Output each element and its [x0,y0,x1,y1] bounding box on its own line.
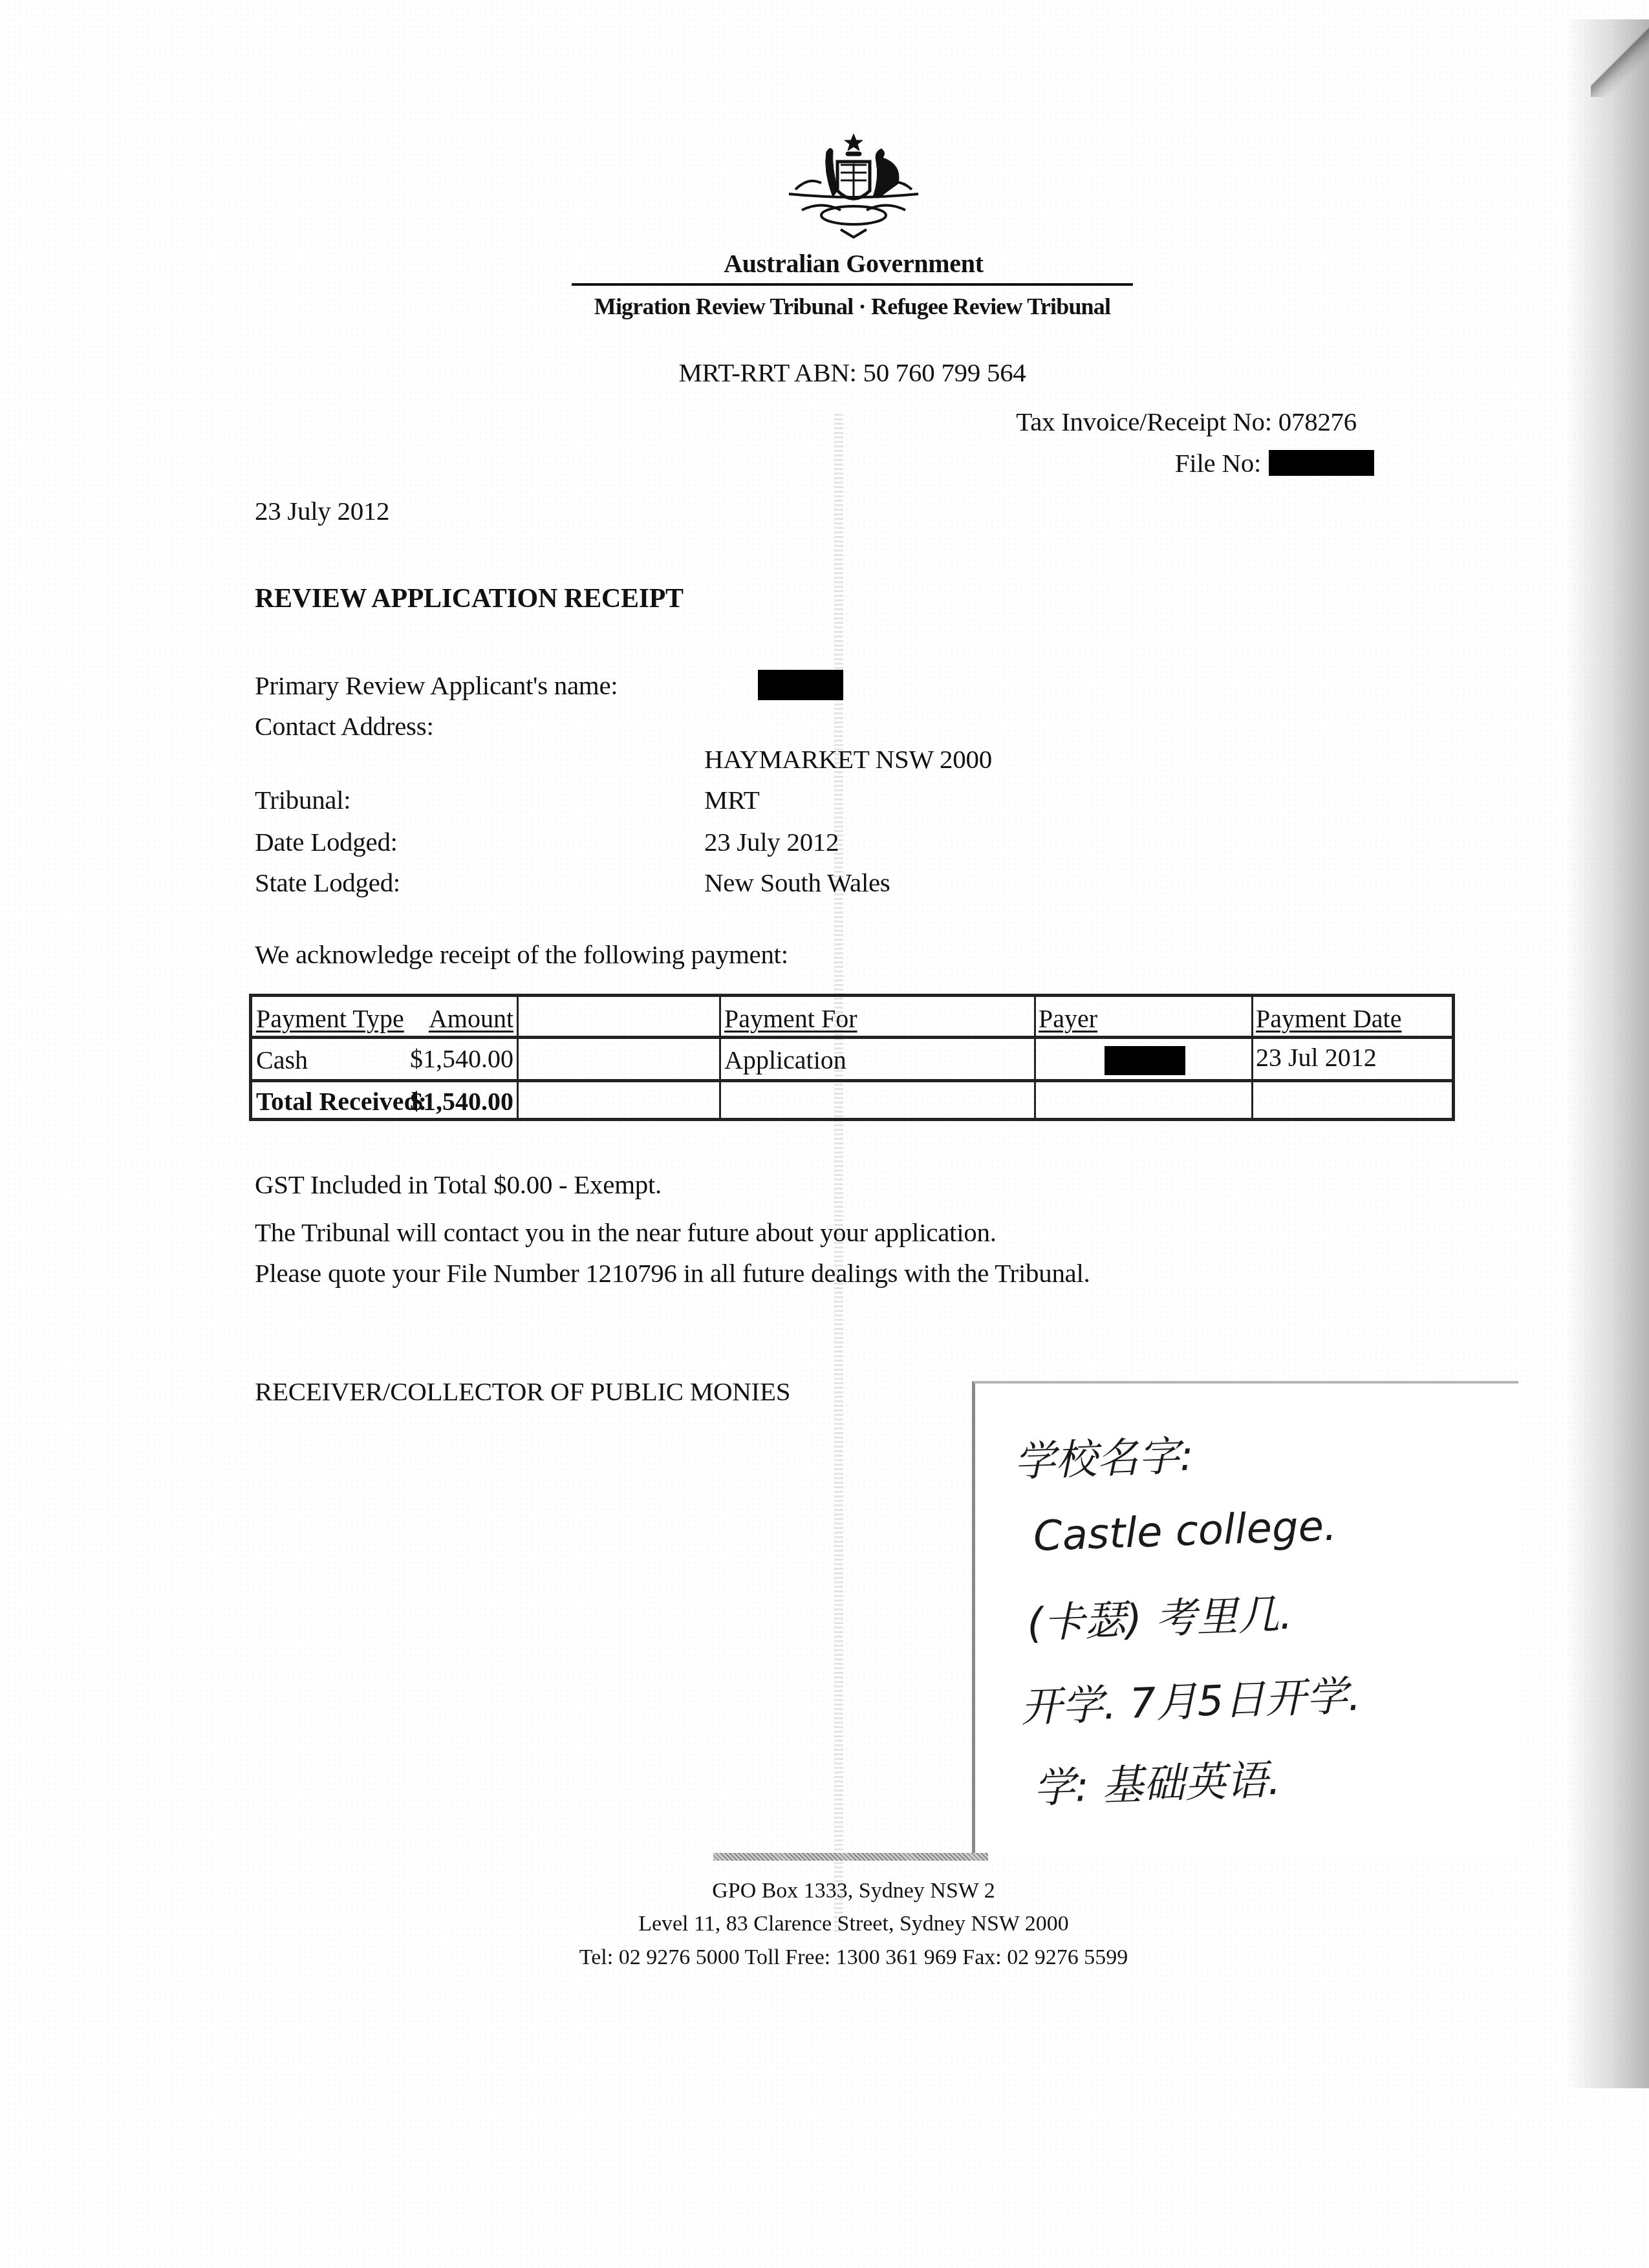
payment-for-cell: Application [724,1047,846,1073]
total-label: Total Received: [256,1089,427,1115]
contact-address-label: Contact Address: [255,713,433,740]
tribunal-label: Tribunal: [255,787,350,813]
header-rule [572,283,1133,286]
tribunal-value: MRT [704,787,759,813]
note-line: Castle college. [1033,1503,1338,1561]
total-amount: $1,540.00 [410,1089,513,1115]
page-title: REVIEW APPLICATION RECEIPT [255,585,684,612]
file-number-note: Please quote your File Number 1210796 in… [255,1260,1090,1287]
government-name: Australian Government [724,251,983,277]
date-lodged-label: Date Lodged: [255,829,398,855]
tribunal-names: Migration Review Tribunal · Refugee Revi… [594,295,1111,318]
header-payer: Payer [1039,1006,1097,1032]
state-lodged-label: State Lodged: [255,870,400,896]
scan-edge-shadow [1565,19,1649,2088]
abn-number: MRT-RRT ABN: 50 760 799 564 [678,359,1026,386]
file-number-label: File No: [1175,450,1261,476]
table-divider [252,1079,1452,1082]
page-corner-fold [1591,19,1649,97]
tax-invoice-number: Tax Invoice/Receipt No: 078276 [1016,409,1357,435]
coat-of-arms-icon [776,133,931,242]
handwritten-sticky-note: 学校名字: Castle college. (卡瑟) 考里几. 开学. 7月5日… [972,1381,1518,1854]
footer-phone-numbers: Tel: 02 9276 5000 Toll Free: 1300 361 96… [579,1945,1128,1970]
table-divider [252,1036,1452,1039]
applicant-name-redaction [758,670,843,700]
contact-note: The Tribunal will contact you in the nea… [255,1219,997,1246]
acknowledge-text: We acknowledge receipt of the following … [255,941,788,968]
contact-address-value: HAYMARKET NSW 2000 [704,746,992,773]
table-divider [719,997,721,1118]
footer-rule [713,1853,988,1861]
note-line: 开学. 7月5日开学. [1019,1663,1361,1734]
header-payment-date: Payment Date [1256,1006,1402,1032]
payment-type-cell: Cash [256,1047,308,1073]
amount-cell: $1,540.00 [410,1046,513,1072]
footer-street-address: Level 11, 83 Clarence Street, Sydney NSW… [638,1912,1069,1936]
signature-line: RECEIVER/COLLECTOR OF PUBLIC MONIES [255,1378,790,1405]
header-payment-type: Payment Type [256,1006,404,1032]
table-divider [517,997,519,1118]
state-lodged-value: New South Wales [704,870,890,896]
file-number-redaction [1269,450,1374,476]
note-line: (卡瑟) 考里几. [1026,1581,1293,1650]
applicant-name-label: Primary Review Applicant's name: [255,672,618,699]
payment-table: Payment Type Amount Payment For Payer Pa… [249,994,1455,1121]
header-payment-for: Payment For [724,1006,857,1032]
paper-fold-line [834,414,843,1933]
payment-date-cell: 23 Jul 2012 [1256,1045,1377,1071]
header-amount: Amount [429,1006,513,1032]
table-divider [1251,997,1253,1118]
note-line: 学校名字: [1013,1422,1194,1488]
gst-note: GST Included in Total $0.00 - Exempt. [255,1171,662,1198]
letter-date: 23 July 2012 [255,498,389,524]
table-divider [1034,997,1036,1118]
payer-redaction [1105,1046,1185,1075]
note-line: 学: 基础英语. [1032,1747,1281,1815]
date-lodged-value: 23 July 2012 [704,829,839,855]
footer-po-box: GPO Box 1333, Sydney NSW 2 [712,1879,995,1903]
